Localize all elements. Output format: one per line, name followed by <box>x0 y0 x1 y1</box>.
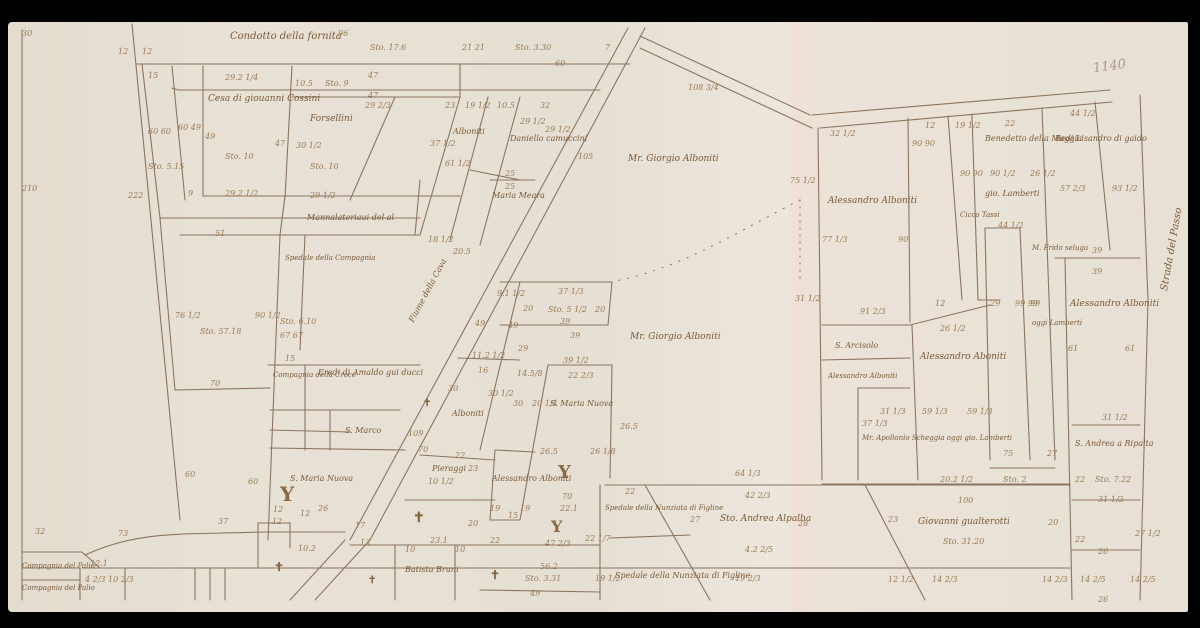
cross-icon: ✝ <box>368 575 376 586</box>
measurement-label: 90 90 <box>912 140 935 148</box>
measurement-label: Sto. 7.22 <box>1095 476 1131 484</box>
owner-label: Alessandro Alboniti <box>828 373 897 380</box>
measurement-label: 22.1 <box>560 505 578 513</box>
measurement-label: 109 <box>408 430 423 438</box>
measurement-label: 61 1/2 <box>445 160 471 168</box>
measurement-label: 49 <box>475 320 485 328</box>
owner-label: Compagnia del Palio <box>22 585 95 592</box>
measurement-label: Sto. 2 <box>1003 476 1027 484</box>
owner-label: Daniello camuccini <box>510 135 587 143</box>
measurement-label: 4.2 2/5 <box>745 546 773 554</box>
measurement-label: 29.2 1/4 <box>225 74 258 82</box>
cross-icon: ✝ <box>490 568 500 582</box>
measurement-label: 61 <box>1068 345 1078 353</box>
measurement-label: 4 2/3 <box>85 576 106 584</box>
measurement-label: 22 <box>625 488 635 496</box>
measurement-label: Sto. 9 <box>325 80 349 88</box>
measurement-label: Sto. 3.30 <box>515 44 551 52</box>
measurement-label: 26 1/8 <box>590 448 616 456</box>
measurement-label: 47 2/3 <box>545 540 571 548</box>
owner-label: Batista Bruni <box>405 566 459 574</box>
measurement-label: 22 <box>1075 476 1085 484</box>
measurement-label: 20 <box>523 305 533 313</box>
measurement-label: 60 <box>555 60 565 68</box>
measurement-label: 12 <box>925 122 935 130</box>
measurement-label: 15 <box>508 512 518 520</box>
measurement-label: 27 <box>1047 450 1057 458</box>
owner-label: Spedale della Nunziata di Figline <box>615 572 750 580</box>
owner-label: Spedale della Compagnia <box>285 255 375 262</box>
measurement-label: 15 <box>148 72 158 80</box>
measurement-label: 64 1/3 <box>735 470 761 478</box>
measurement-label: 12 <box>300 510 310 518</box>
measurement-label: 100 <box>958 497 973 505</box>
measurement-label: 15 <box>285 355 295 363</box>
owner-label: Alboniti <box>453 128 485 136</box>
measurement-label: 105 <box>578 153 593 161</box>
owner-label: Cicco Tassi <box>960 212 1000 219</box>
measurement-label: 59 1/3 <box>922 408 948 416</box>
measurement-label: 32 <box>540 102 550 110</box>
measurement-label: 12 <box>935 300 945 308</box>
measurement-label: 37 1/2 <box>430 140 456 148</box>
measurement-label: 37 1/3 <box>558 288 584 296</box>
measurement-label: 12.1 <box>90 560 108 568</box>
measurement-label: 39 <box>560 318 570 326</box>
measurement-label: 91 2/3 <box>860 308 886 316</box>
owner-label: Alboniti <box>452 410 484 418</box>
measurement-label: 23 <box>468 465 478 473</box>
measurement-label: 90 1/2 <box>990 170 1016 178</box>
measurement-label: 47 <box>368 92 378 100</box>
measurement-label: 31 1/2 <box>795 295 821 303</box>
owner-label: S. Maria Nuova <box>550 400 613 408</box>
measurement-label: 25 <box>505 170 515 178</box>
measurement-label: 22 <box>1075 536 1085 544</box>
measurement-label: 77 1/3 <box>822 236 848 244</box>
owner-label: Condotto della fornita <box>230 32 342 42</box>
measurement-label: 42 2/3 <box>745 492 771 500</box>
measurement-label: 26 1/2 <box>1030 170 1056 178</box>
measurement-label: Sto. 3.31 <box>525 575 561 583</box>
measurement-label: 47 <box>368 72 378 80</box>
measurement-label: 10 <box>455 546 465 554</box>
measurement-label: 90 1/2 <box>255 312 281 320</box>
measurement-label: 29.2 1/2 <box>225 190 258 198</box>
measurement-label: 23.1 <box>430 537 448 545</box>
owner-label: Redi Lisandro di gaido <box>1055 135 1147 143</box>
measurement-label: 19 1/2 <box>955 122 981 130</box>
measurement-label: 210 <box>22 185 37 193</box>
measurement-label: 19 <box>520 505 530 513</box>
owner-label: oggi Lamberti <box>1032 320 1082 327</box>
measurement-label: 19 2/3 <box>735 575 761 583</box>
measurement-label: 17 <box>355 522 365 530</box>
measurement-label: 14 2/5 <box>1080 576 1106 584</box>
measurement-label: 12 <box>272 518 282 526</box>
measurement-label: 60 <box>185 471 195 479</box>
measurement-label: 39 1/2 <box>563 357 589 365</box>
measurement-label: 31 1/3 <box>880 408 906 416</box>
measurement-label: 10 1/2 <box>428 478 454 486</box>
measurement-label: 61 <box>1125 345 1135 353</box>
measurement-label: 49 <box>205 133 215 141</box>
measurement-label: 29 1/2 <box>310 192 336 200</box>
measurement-label: 60 60 <box>148 128 171 136</box>
owner-label: Mr. Giorgio Alboniti <box>630 333 721 342</box>
measurement-label: 16 <box>478 367 488 375</box>
measurement-label: 7 <box>605 44 610 52</box>
measurement-label: 29 <box>518 345 528 353</box>
measurement-label: 9 <box>188 190 193 198</box>
measurement-label: 49 <box>530 590 540 598</box>
measurement-label: 70 <box>418 446 428 454</box>
owner-label: Alessandro Alboniti <box>1070 300 1159 309</box>
measurement-label: 28 <box>798 520 808 528</box>
measurement-label: 93 1/2 <box>1112 185 1138 193</box>
owner-label: Alessandro Aboniti <box>920 353 1006 362</box>
measurement-label: 39 <box>1092 268 1102 276</box>
measurement-label: 32 1/2 <box>830 130 856 138</box>
measurement-label: Sto. 5.15 <box>148 163 184 171</box>
measurement-label: 39 <box>570 332 580 340</box>
measurement-label: Sto. 6.10 <box>280 318 316 326</box>
owner-label: Alessandro Alboniti <box>828 197 917 206</box>
measurement-label: 14 2/5 <box>1130 576 1156 584</box>
owner-label: Maria Meara <box>492 192 545 200</box>
measurement-label: 14 2/3 <box>932 576 958 584</box>
measurement-label: 60 <box>248 478 258 486</box>
measurement-label: 18 1/2 <box>428 236 454 244</box>
measurement-label: 32 <box>35 528 45 536</box>
measurement-label: 30 <box>448 385 458 393</box>
measurement-label: 20 <box>595 306 605 314</box>
measurement-label: 29 <box>990 300 1000 308</box>
owner-label: Spedale della Nunziata di Figline <box>605 505 723 512</box>
owner-label: S. Andrea a Ripalta <box>1075 440 1154 448</box>
measurement-label: 26.5 <box>620 423 638 431</box>
owner-label: Giovanni gualterotti <box>918 518 1010 527</box>
measurement-label: 30 1/2 <box>296 142 322 150</box>
measurement-label: 44 1/2 <box>998 222 1024 230</box>
measurement-label: 11.2 1/2 <box>472 352 505 360</box>
measurement-label: 44 1/2 <box>1070 110 1096 118</box>
measurement-label: 27 1/2 <box>1135 530 1161 538</box>
measurement-label: 27 <box>690 516 700 524</box>
measurement-label: 23 <box>888 516 898 524</box>
measurement-label: 59 1/3 <box>967 408 993 416</box>
measurement-label: 10 <box>405 546 415 554</box>
measurement-label: 22 2/3 <box>568 372 594 380</box>
measurement-label: 13 <box>360 539 370 547</box>
measurement-label: 108 3/4 <box>688 84 719 92</box>
measurement-label: Sto. 10 <box>310 163 339 171</box>
measurement-label: 12 <box>142 48 152 56</box>
measurement-label: 20 1/4 <box>532 400 558 408</box>
measurement-label: 76 1/2 <box>175 312 201 320</box>
measurement-label: 75 1/2 <box>790 177 816 185</box>
measurement-label: 26 1/2 <box>940 325 966 333</box>
chapel-marker-icon: Y <box>280 482 294 506</box>
owner-label: Compagnia del Palio <box>22 563 95 570</box>
measurement-label: 20 <box>1048 519 1058 527</box>
measurement-label: 30 <box>513 400 523 408</box>
measurement-label: 14 2/3 <box>1042 576 1068 584</box>
chapel-marker-icon: Y <box>551 517 562 536</box>
measurement-label: 22 <box>1005 120 1015 128</box>
measurement-label: 222 <box>128 192 143 200</box>
measurement-label: 26 <box>1098 596 1108 604</box>
measurement-label: 10.5 <box>497 102 515 110</box>
measurement-label: 51 <box>215 230 225 238</box>
measurement-label: 31 1/2 <box>1102 414 1128 422</box>
measurement-label: 9.1 1/2 <box>497 290 525 298</box>
measurement-label: 19 1/2 <box>595 575 621 583</box>
measurement-label: Sto. 31.20 <box>943 538 984 546</box>
measurement-label: 96 <box>338 30 348 38</box>
measurement-label: 10 2/3 <box>108 576 134 584</box>
owner-label: Pieraggi <box>432 465 466 473</box>
cross-icon: ✝ <box>413 510 425 526</box>
measurement-label: 26 <box>318 505 328 513</box>
measurement-label: 20.2 1/2 <box>940 476 973 484</box>
measurement-label: 10.5 <box>295 80 313 88</box>
measurement-label: 49 <box>508 322 518 330</box>
owner-label: S. Arcisolo <box>835 342 878 350</box>
measurement-label: 26.5 <box>540 448 558 456</box>
measurement-label: 25 <box>505 183 515 191</box>
owner-label: Compagnia della Croce <box>273 372 356 379</box>
measurement-label: 20.5 <box>453 248 471 256</box>
owner-label: Cesa di giouanni Cossini <box>208 95 320 104</box>
measurement-label: 99 <box>1030 300 1040 308</box>
measurement-label: 90 90 <box>960 170 983 178</box>
measurement-label: 22 <box>455 452 465 460</box>
cross-icon: ✝ <box>274 560 284 574</box>
measurement-label: 22 1/7 <box>585 535 611 543</box>
chapel-marker-icon: Y <box>558 462 571 483</box>
owner-label: M. Frido seluga <box>1032 245 1088 252</box>
measurement-label: 14.5/8 <box>517 370 543 378</box>
owner-label: Mr. Giorgio Alboniti <box>628 155 719 164</box>
measurement-label: 57 2/3 <box>1060 185 1086 193</box>
measurement-label: 39 <box>1092 247 1102 255</box>
measurement-label: 21 21 <box>462 44 485 52</box>
measurement-label: 37 <box>218 518 228 526</box>
measurement-label: 19 1/2 <box>465 102 491 110</box>
measurement-label: Sto. 10 <box>225 153 254 161</box>
measurement-label: 73 <box>118 530 128 538</box>
measurement-label: 12 1/2 <box>888 576 914 584</box>
owner-label: S. Maria Nuova <box>290 475 353 483</box>
measurement-label: 70 <box>562 493 572 501</box>
measurement-label: Sto. 57.18 <box>200 328 241 336</box>
owner-label: Forsellini <box>310 115 353 124</box>
measurement-label: 29 1/2 <box>545 126 571 134</box>
measurement-label: 12 <box>273 506 283 514</box>
measurement-label: 12 <box>118 48 128 56</box>
measurement-label: 37 1/3 <box>862 420 888 428</box>
measurement-label: 70 <box>210 380 220 388</box>
measurement-label: 19 <box>490 505 500 513</box>
measurement-label: 10.2 <box>298 545 316 553</box>
measurement-label: Sto. 17.6 <box>370 44 406 52</box>
measurement-label: 56.2 <box>540 563 558 571</box>
measurement-label: 29 2/3 <box>365 102 391 110</box>
measurement-label: 67 67 <box>280 332 303 340</box>
measurement-label: 20 <box>468 520 478 528</box>
cross-icon: ✝ <box>423 398 431 409</box>
measurement-label: 90 <box>898 236 908 244</box>
measurement-label: 26 <box>1098 548 1108 556</box>
owner-label: gio. Lamberti <box>985 190 1040 198</box>
measurement-label: 75 <box>1003 450 1013 458</box>
owner-label: S. Marco <box>345 427 381 435</box>
measurement-label: 29 1/2 <box>520 118 546 126</box>
measurement-label: Sto. 5 1/2 <box>548 306 587 314</box>
measurement-label: 47 <box>275 140 285 148</box>
owner-label: Mr. Apollonio Scheggia oggi gio. Lambert… <box>862 435 1012 442</box>
measurement-label: 60 49 <box>178 124 201 132</box>
measurement-label: 22 <box>490 537 500 545</box>
measurement-label: 30 <box>22 30 32 38</box>
owner-label: Mannalateriaui del al <box>307 214 394 222</box>
measurement-label: 30 1/2 <box>488 390 514 398</box>
measurement-label: 23 <box>445 102 455 110</box>
measurement-label: 31 1/2 <box>1098 496 1124 504</box>
